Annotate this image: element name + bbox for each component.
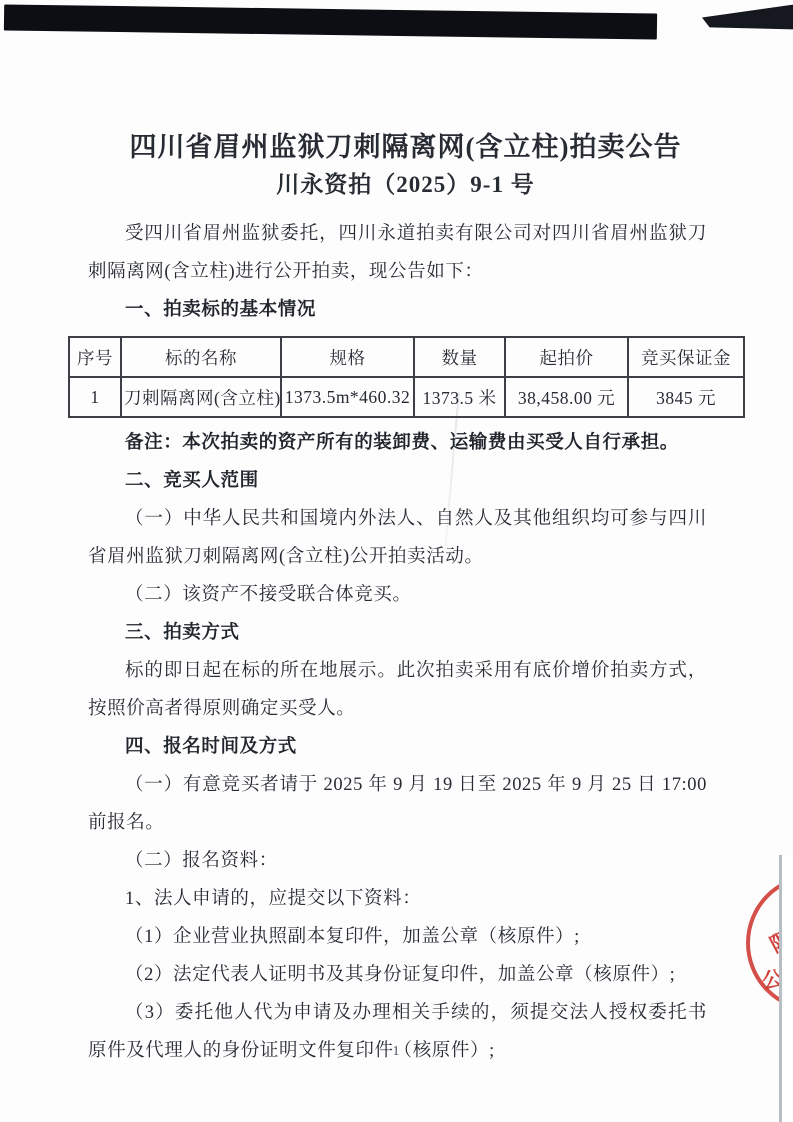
document-number: 川永资拍（2025）9-1 号 — [68, 169, 743, 201]
document-body: 四川省眉州监狱刀刺隔离网(含立柱)拍卖公告 川永资拍（2025）9-1 号 受四… — [68, 130, 743, 1070]
section4-sub1: 1、法人申请的，应提交以下资料： — [88, 880, 707, 918]
sections-block: 备注：本次拍卖的资产所有的装卸费、运输费由买受人自行承担。 二、竞买人范围 （一… — [68, 424, 743, 1070]
col-header-deposit: 竞买保证金 — [628, 337, 744, 377]
cell-spec: 1373.5m*460.32 — [281, 377, 414, 417]
cell-index: 1 — [69, 377, 121, 417]
page-edge-shadow — [779, 855, 782, 1122]
section3-body: 标的即日起在标的所在地展示。此次拍卖采用有底价增价拍卖方式，按照价高者得原则确定… — [88, 652, 707, 728]
col-header-spec: 规格 — [281, 337, 414, 377]
section4-sub1-item2: （2）法定代表人证明书及其身份证复印件，加盖公章（核原件）; — [88, 956, 707, 994]
scanned-document-page: 四川省眉州监狱刀刺隔离网(含立柱)拍卖公告 川永资拍（2025）9-1 号 受四… — [0, 0, 793, 1122]
intro-paragraph: 受四川省眉州监狱委托，四川永道拍卖有限公司对四川省眉州监狱刀刺隔离网(含立柱)进… — [88, 215, 707, 291]
cell-start-price: 38,458.00 元 — [505, 377, 628, 417]
section2-heading: 二、竞买人范围 — [88, 462, 707, 500]
col-header-lot-name: 标的名称 — [121, 337, 281, 377]
cell-lot-name: 刀刺隔离网(含立柱) — [121, 377, 281, 417]
scan-artifact-corner — [702, 4, 793, 34]
section1-note: 备注：本次拍卖的资产所有的装卸费、运输费由买受人自行承担。 — [88, 424, 707, 462]
table-row: 1 刀刺隔离网(含立柱) 1373.5m*460.32 1373.5 米 38,… — [69, 377, 744, 417]
document-title: 四川省眉州监狱刀刺隔离网(含立柱)拍卖公告 — [68, 130, 743, 164]
section4-sub1-item1: （1）企业营业执照副本复印件，加盖公章（核原件）; — [88, 918, 707, 956]
col-header-index: 序号 — [69, 337, 121, 377]
intro-block: 受四川省眉州监狱委托，四川永道拍卖有限公司对四川省眉州监狱刀刺隔离网(含立柱)进… — [68, 215, 743, 329]
section1-heading: 一、拍卖标的基本情况 — [88, 291, 707, 329]
cell-quantity: 1373.5 米 — [414, 377, 505, 417]
section4-item1: （一）有意竞买者请于 2025 年 9 月 19 日至 2025 年 9 月 2… — [88, 766, 707, 842]
cell-deposit: 3845 元 — [628, 377, 744, 417]
page-edge-margin — [782, 855, 793, 1122]
col-header-quantity: 数量 — [414, 337, 505, 377]
section3-heading: 三、拍卖方式 — [88, 614, 707, 652]
section4-item2: （二）报名资料： — [88, 842, 707, 880]
col-header-start-price: 起拍价 — [505, 337, 628, 377]
scan-artifact-top-band — [4, 4, 657, 39]
auction-lots-table: 序号 标的名称 规格 数量 起拍价 竞买保证金 1 刀刺隔离网(含立柱) 137… — [68, 336, 745, 418]
table-header-row: 序号 标的名称 规格 数量 起拍价 竞买保证金 — [69, 337, 744, 377]
section2-item2: （二）该资产不接受联合体竞买。 — [88, 576, 707, 614]
section2-item1: （一）中华人民共和国境内外法人、自然人及其他组织均可参与四川省眉州监狱刀刺隔离网… — [88, 500, 707, 576]
page-number: 1 — [0, 1044, 793, 1060]
section4-heading: 四、报名时间及方式 — [88, 728, 707, 766]
